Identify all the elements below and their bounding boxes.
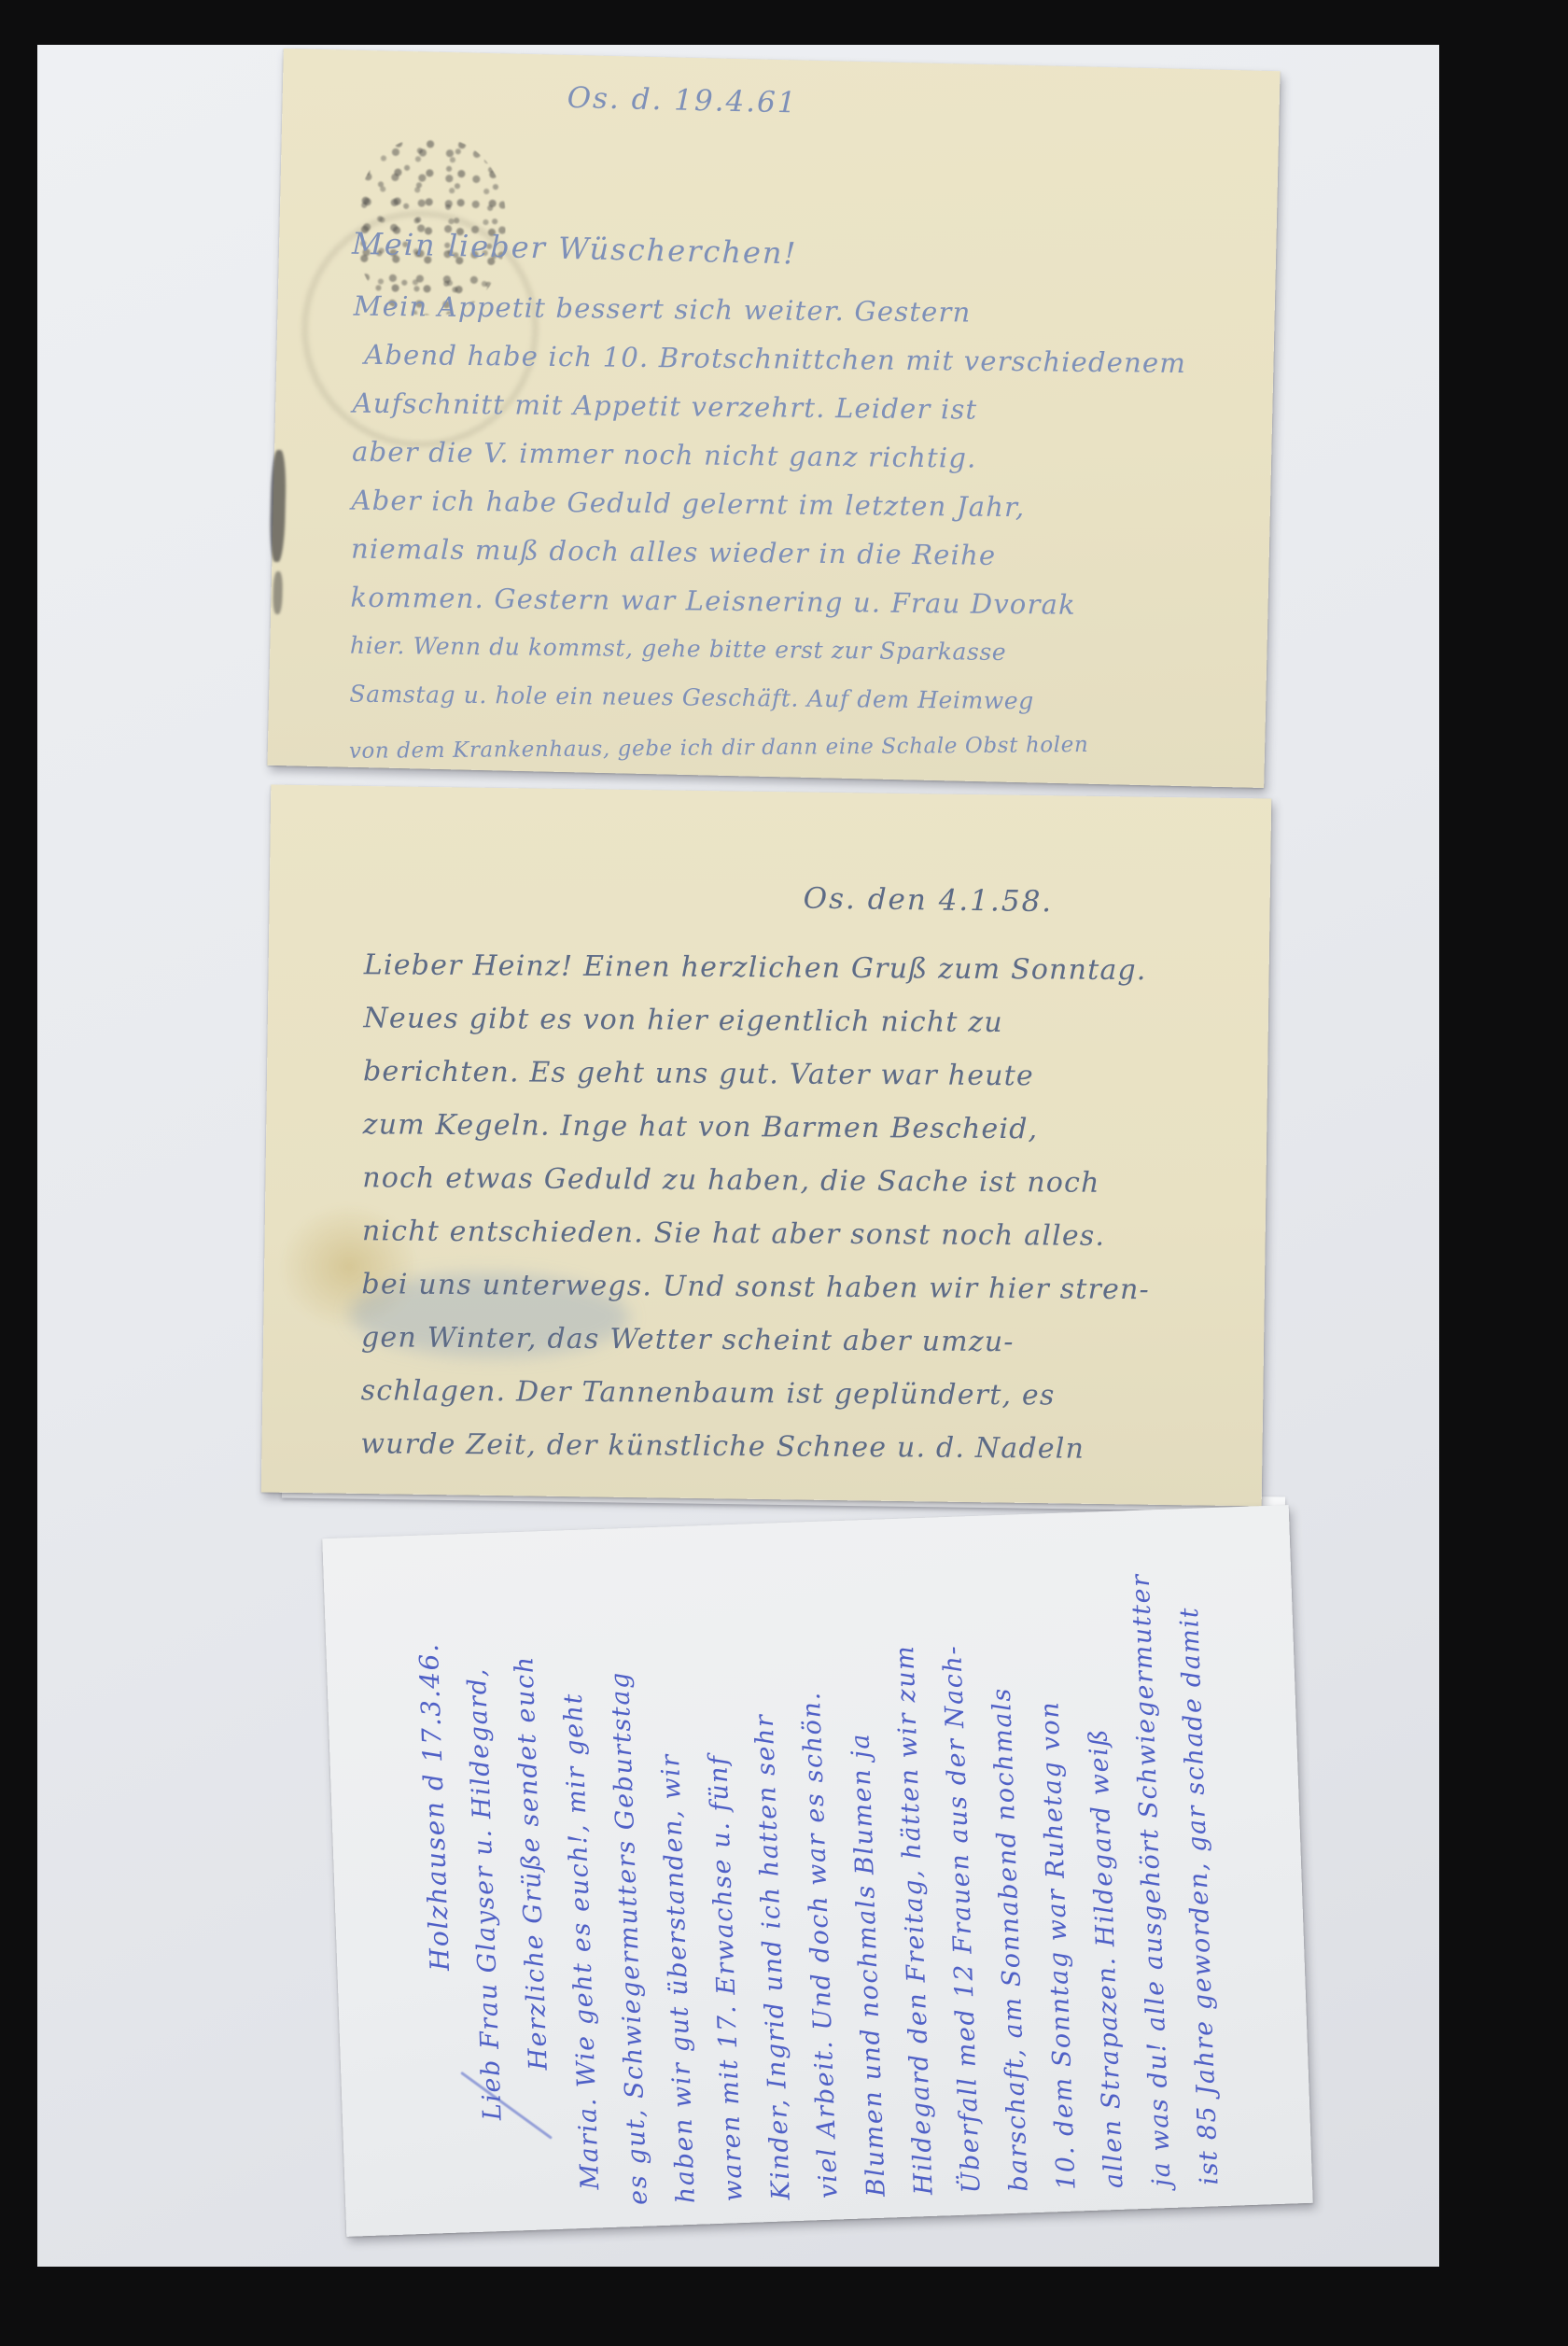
handwriting-line: wurde Zeit, der künstliche Schnee u. d. …	[360, 1417, 1249, 1477]
dateline-1961: Os. d. 19.4.61	[567, 81, 798, 120]
handwriting-line: gen Winter, das Wetter scheint aber umzu…	[361, 1311, 1250, 1370]
handwriting-line: schlagen. Der Tannenbaum ist geplündert,…	[360, 1364, 1249, 1424]
dateline-1958: Os. den 4.1.58.	[803, 882, 1053, 920]
handwriting-line: Neues gibt es von hier eigentlich nicht …	[363, 991, 1252, 1051]
letter-body-1946: Holzhausen d 17.3.46.Lieb Frau Glayser u…	[402, 1529, 1234, 2213]
handwriting-line: bei uns unterwegs. Und sonst haben wir h…	[361, 1257, 1250, 1317]
handwriting-line: berichten. Es geht uns gut. Vater war he…	[363, 1045, 1252, 1104]
postcard-1961: Os. d. 19.4.61 Mein lieber Wüscherchen! …	[267, 49, 1280, 788]
handwriting-line: Samstag u. hole ein neues Geschäft. Auf …	[349, 670, 1249, 728]
photo-backdrop: Os. d. 19.4.61 Mein lieber Wüscherchen! …	[37, 45, 1439, 2267]
handwriting-line: von dem Krankenhaus, gebe ich dir dann e…	[349, 719, 1249, 775]
handwriting-line: noch etwas Geduld zu haben, die Sache is…	[362, 1151, 1251, 1211]
letter-1946: Holzhausen d 17.3.46.Lieb Frau Glayser u…	[322, 1505, 1312, 2237]
handwriting-line: zum Kegeln. Inge hat von Barmen Bescheid…	[362, 1098, 1251, 1158]
rotated-text-block: Holzhausen d 17.3.46.Lieb Frau Glayser u…	[402, 1529, 1234, 2213]
letter-body-1961: Mein Appetit bessert sich weiter. Gester…	[349, 282, 1253, 777]
letter-body-1958: Lieber Heinz! Einen herzlichen Gruß zum …	[360, 938, 1253, 1477]
edge-ink-mark	[269, 450, 287, 562]
edge-ink-mark	[273, 571, 283, 614]
postcard-1958: Os. den 4.1.58. Lieber Heinz! Einen herz…	[261, 785, 1271, 1507]
handwriting-line: nicht entschieden. Sie hat aber sonst no…	[362, 1204, 1251, 1264]
photograph-of-letters: { "photo": { "description": "Photograph …	[0, 0, 1568, 2346]
handwriting-line: Lieber Heinz! Einen herzlichen Gruß zum …	[364, 938, 1253, 998]
